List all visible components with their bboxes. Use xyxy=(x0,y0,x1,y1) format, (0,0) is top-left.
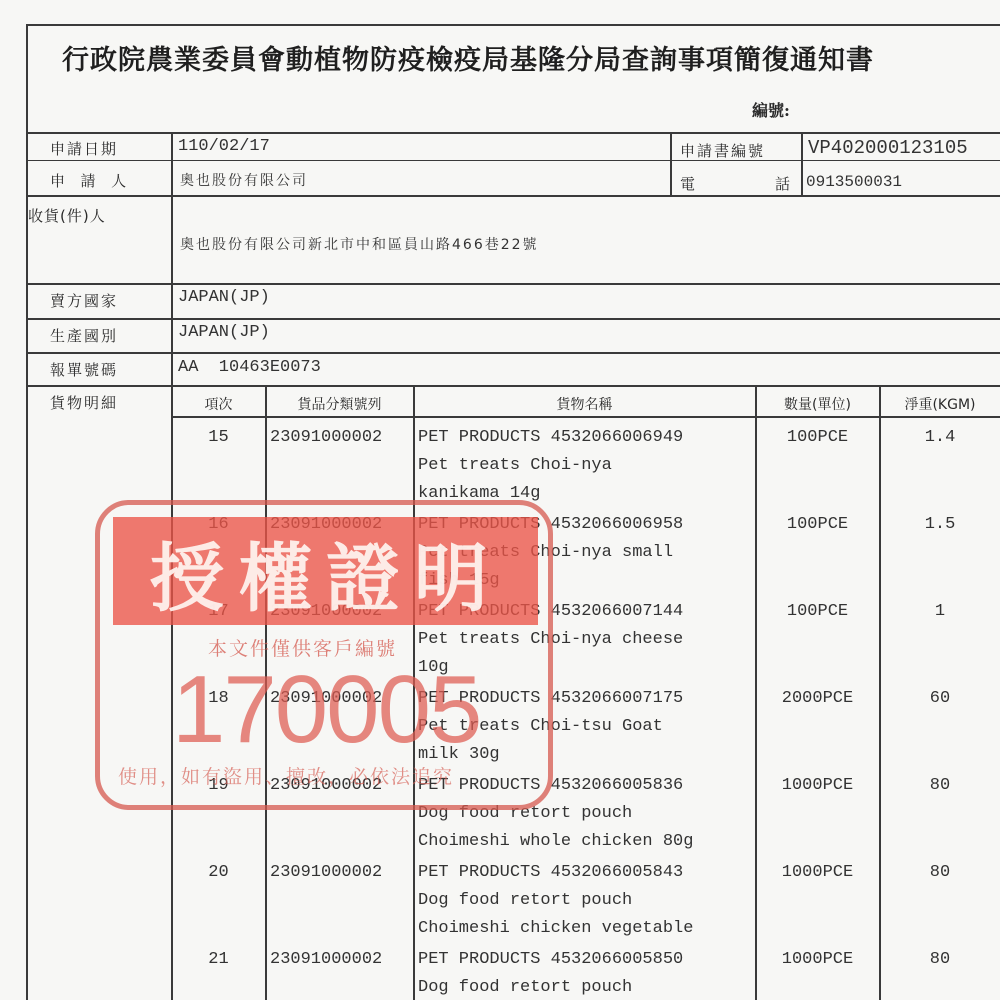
origin-country-value: JAPAN(JP) xyxy=(178,323,270,342)
goods-name-line: Pet treats Choi-tsu Goat xyxy=(418,713,663,741)
grid-line xyxy=(172,416,1000,418)
applicant-label: 申 請 人 xyxy=(50,170,128,191)
grid-line xyxy=(801,132,803,195)
phone-value: 0913500031 xyxy=(806,173,902,191)
goods-name-line: Dog food retort pouch xyxy=(418,800,632,828)
tariff-code: 23091000002 xyxy=(270,511,382,539)
item-number: 20 xyxy=(172,859,265,887)
item-number: 15 xyxy=(172,424,265,452)
net-weight: 1.4 xyxy=(880,424,1000,452)
item-number: 16 xyxy=(172,511,265,539)
inspection-notice-document: 行政院農業委員會動植物防疫檢疫局基隆分局查詢事項簡復通知書 編號: 申請日期 1… xyxy=(0,0,1000,1000)
col-header-name: 貨物名稱 xyxy=(414,394,755,414)
goods-name-line: PET PRODUCTS 4532066005836 xyxy=(418,772,683,800)
col-header-code: 貨品分類號列 xyxy=(266,394,413,414)
goods-name-line: Pet treats Choi-nya xyxy=(418,452,612,480)
quantity: 1000PCE xyxy=(756,859,879,887)
quantity: 1000PCE xyxy=(756,946,879,974)
item-number: 19 xyxy=(172,772,265,800)
phone-label-right: 話 xyxy=(775,173,792,194)
quantity: 1000PCE xyxy=(756,772,879,800)
quantity: 2000PCE xyxy=(756,685,879,713)
tariff-code: 23091000002 xyxy=(270,946,382,974)
serial-label: 編號: xyxy=(752,98,790,121)
net-weight: 1 xyxy=(880,598,1000,626)
col-header-item: 項次 xyxy=(172,394,265,414)
application-no-value: VP402000123105 xyxy=(808,137,968,159)
goods-name-line: 10g xyxy=(418,654,449,682)
origin-country-label: 生產國別 xyxy=(50,325,118,346)
net-weight: 1.5 xyxy=(880,511,1000,539)
tariff-code: 23091000002 xyxy=(270,598,382,626)
goods-name-line: Dog food retort pouch xyxy=(418,887,632,915)
col-header-weight: 淨重(KGM) xyxy=(880,394,1000,414)
net-weight: 80 xyxy=(880,772,1000,800)
goods-name-line: Dog food retort pouch xyxy=(418,974,632,1000)
applicant-value: 奧也股份有限公司 xyxy=(180,170,308,190)
item-number: 18 xyxy=(172,685,265,713)
goods-details-label: 貨物明細 xyxy=(50,392,118,413)
seller-country-label: 賣方國家 xyxy=(50,290,118,311)
declaration-no-label: 報單號碼 xyxy=(50,359,118,380)
quantity: 100PCE xyxy=(756,424,879,452)
tariff-code: 23091000002 xyxy=(270,772,382,800)
seller-country-value: JAPAN(JP) xyxy=(178,288,270,307)
goods-name-line: PET PRODUCTS 4532066006958 xyxy=(418,511,683,539)
goods-name-line: milk 30g xyxy=(418,741,500,769)
grid-line xyxy=(265,385,267,1000)
net-weight: 80 xyxy=(880,946,1000,974)
application-no-label: 申請書編號 xyxy=(680,140,765,161)
goods-name-line: Choimeshi chicken vegetable xyxy=(418,915,693,943)
grid-line xyxy=(413,385,415,1000)
net-weight: 80 xyxy=(880,859,1000,887)
grid-line xyxy=(670,132,672,195)
application-date-label: 申請日期 xyxy=(50,138,118,159)
net-weight: 60 xyxy=(880,685,1000,713)
goods-name-line: PET PRODUCTS 4532066007144 xyxy=(418,598,683,626)
document-title: 行政院農業委員會動植物防疫檢疫局基隆分局查詢事項簡復通知書 xyxy=(62,38,874,77)
goods-name-line: PET PRODUCTS 4532066007175 xyxy=(418,685,683,713)
tariff-code: 23091000002 xyxy=(270,859,382,887)
goods-name-line: PET PRODUCTS 4532066005843 xyxy=(418,859,683,887)
goods-name-line: Pet treats Choi-nya cheese xyxy=(418,626,683,654)
quantity: 100PCE xyxy=(756,598,879,626)
goods-name-line: fish 15g xyxy=(418,567,500,595)
item-number: 21 xyxy=(172,946,265,974)
application-date-value: 110/02/17 xyxy=(178,137,270,156)
goods-name-line: Choimeshi whole chicken 80g xyxy=(418,828,693,856)
goods-name-line: kanikama 14g xyxy=(418,480,540,508)
frame-top xyxy=(26,24,1000,26)
col-header-qty: 數量(單位) xyxy=(756,394,879,414)
consignee-label: 收貨(件)人 xyxy=(28,205,106,226)
goods-name-line: PET PRODUCTS 4532066005850 xyxy=(418,946,683,974)
tariff-code: 23091000002 xyxy=(270,685,382,713)
goods-name-line: Pet treats Choi-nya small xyxy=(418,539,673,567)
frame-left xyxy=(26,24,28,1000)
goods-name-line: PET PRODUCTS 4532066006949 xyxy=(418,424,683,452)
declaration-no-value: AA 10463E0073 xyxy=(178,358,321,377)
authorization-stamp-line1: 本文件僅供客戶編號 xyxy=(208,634,397,661)
tariff-code: 23091000002 xyxy=(270,424,382,452)
quantity: 100PCE xyxy=(756,511,879,539)
phone-label-left: 電 xyxy=(680,173,697,194)
consignee-value: 奧也股份有限公司新北市中和區員山路466巷22號 xyxy=(180,234,539,254)
item-number: 17 xyxy=(172,598,265,626)
